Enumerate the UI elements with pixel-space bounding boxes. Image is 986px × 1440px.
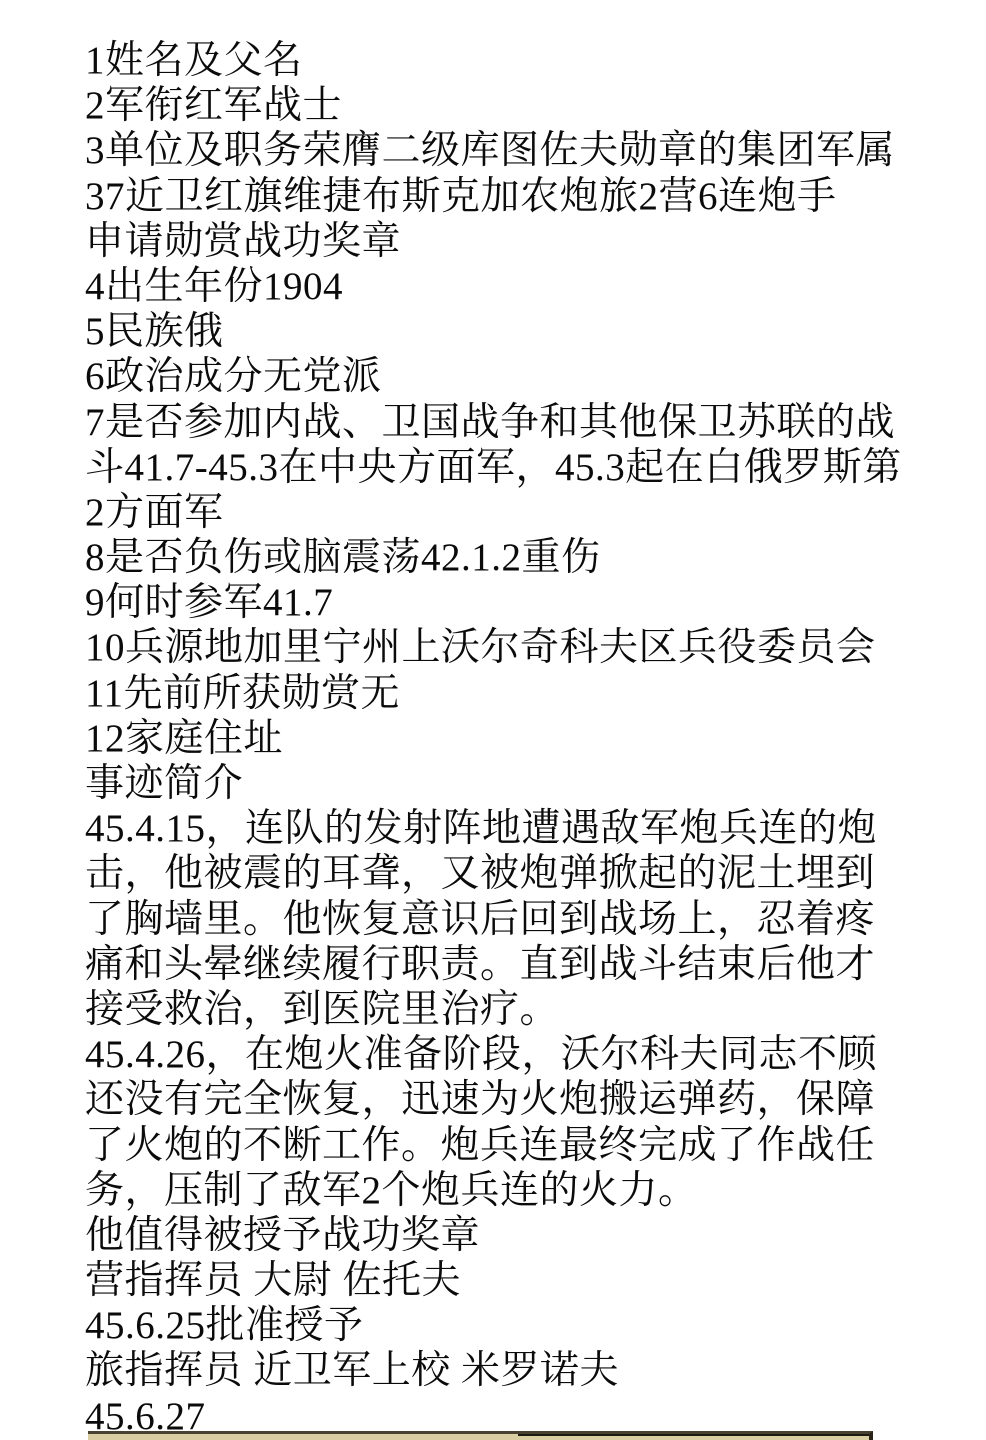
text-line: 斗41.7-45.3在中央方面军，45.3起在白俄罗斯第 [85, 445, 976, 490]
text-line: 45.6.25批准授予 [85, 1303, 976, 1348]
text-line: 11先前所获勋赏无 [85, 671, 976, 716]
text-line: 申请勋赏战功奖章 [85, 219, 976, 264]
scanned-image-edge [88, 1431, 873, 1440]
text-line: 击，他被震的耳聋，又被炮弹掀起的泥土埋到 [85, 851, 976, 896]
text-line: 10兵源地加里宁州上沃尔奇科夫区兵役委员会 [85, 625, 976, 670]
text-line: 了火炮的不断工作。炮兵连最终完成了作战任 [85, 1123, 976, 1168]
text-line: 接受救治，到医院里治疗。 [85, 987, 976, 1032]
text-line: 37近卫红旗维捷布斯克加农炮旅2营6连炮手 [85, 174, 976, 219]
text-line: 4出生年份1904 [85, 264, 976, 309]
document-text: 1姓名及父名2军衔红军战士3单位及职务荣膺二级库图佐夫勋章的集团军属37近卫红旗… [85, 38, 976, 1439]
document-page: 1姓名及父名2军衔红军战士3单位及职务荣膺二级库图佐夫勋章的集团军属37近卫红旗… [0, 0, 986, 1440]
text-line: 5民族俄 [85, 309, 976, 354]
text-line: 9何时参军41.7 [85, 580, 976, 625]
text-line: 7是否参加内战、卫国战争和其他保卫苏联的战 [85, 400, 976, 445]
text-line: 2军衔红军战士 [85, 83, 976, 128]
scanned-image-edge-shadow [518, 1434, 869, 1436]
text-line: 了胸墙里。他恢复意识后回到战场上，忍着疼 [85, 897, 976, 942]
text-line: 1姓名及父名 [85, 38, 976, 83]
text-line: 旅指挥员 近卫军上校 米罗诺夫 [85, 1348, 976, 1393]
text-line: 45.4.26，在炮火准备阶段，沃尔科夫同志不顾 [85, 1032, 976, 1077]
text-line: 事迹简介 [85, 761, 976, 806]
text-line: 8是否负伤或脑震荡42.1.2重伤 [85, 535, 976, 580]
text-line: 营指挥员 大尉 佐托夫 [85, 1258, 976, 1303]
text-line: 痛和头晕继续履行职责。直到战斗结束后他才 [85, 942, 976, 987]
text-line: 45.4.15，连队的发射阵地遭遇敌军炮兵连的炮 [85, 806, 976, 851]
text-line: 12家庭住址 [85, 716, 976, 761]
text-line: 还没有完全恢复，迅速为火炮搬运弹药，保障 [85, 1077, 976, 1122]
text-line: 2方面军 [85, 490, 976, 535]
text-line: 3单位及职务荣膺二级库图佐夫勋章的集团军属 [85, 128, 976, 173]
text-line: 他值得被授予战功奖章 [85, 1213, 976, 1258]
text-line: 6政治成分无党派 [85, 354, 976, 399]
text-line: 务，压制了敌军2个炮兵连的火力。 [85, 1168, 976, 1213]
